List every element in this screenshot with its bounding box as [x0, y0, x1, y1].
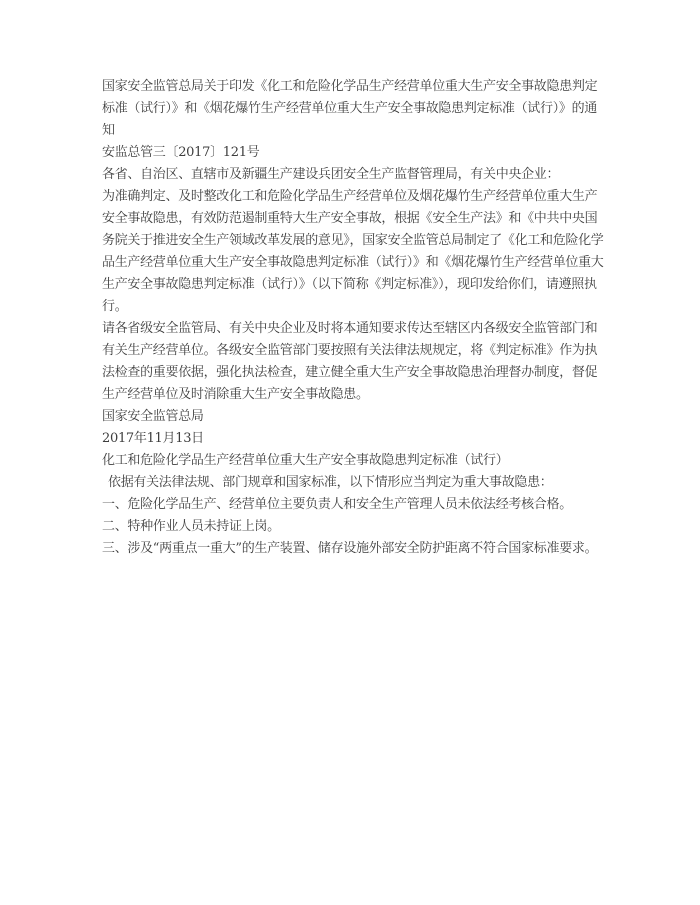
document-number: 安监总管三〔2017〕121号	[102, 142, 604, 164]
salutation: 各省、自治区、直辖市及新疆生产建设兵团安全生产监督管理局，有关中央企业：	[102, 164, 604, 186]
body-paragraph: 为准确判定、及时整改化工和危险化学品生产经营单位及烟花爆竹生产经营单位重大生产安…	[102, 186, 604, 318]
signature-organization: 国家安全监管总局	[102, 406, 604, 428]
standard-item: 一、危险化学品生产、经营单位主要负责人和安全生产管理人员未依法经考核合格。	[102, 494, 604, 516]
standard-item: 三、涉及“两重点一重大”的生产装置、储存设施外部安全防护距离不符合国家标准要求。	[102, 538, 604, 560]
notice-document: 国家安全监管总局关于印发《化工和危险化学品生产经营单位重大生产安全事故隐患判定标…	[102, 76, 604, 560]
body-paragraph: 请各省级安全监管局、有关中央企业及时将本通知要求传达至辖区内各级安全监管部门和有…	[102, 318, 604, 406]
notice-title: 国家安全监管总局关于印发《化工和危险化学品生产经营单位重大生产安全事故隐患判定标…	[102, 76, 604, 142]
standard-intro: 依据有关法律法规、部门规章和国家标准，以下情形应当判定为重大事故隐患：	[102, 472, 604, 494]
signature-date: 2017年11月13日	[102, 428, 604, 450]
standard-item: 二、特种作业人员未持证上岗。	[102, 516, 604, 538]
document-page: 国家安全监管总局关于印发《化工和危险化学品生产经营单位重大生产安全事故隐患判定标…	[0, 0, 700, 905]
attachment-standard-title: 化工和危险化学品生产经营单位重大生产安全事故隐患判定标准（试行）	[102, 450, 604, 472]
